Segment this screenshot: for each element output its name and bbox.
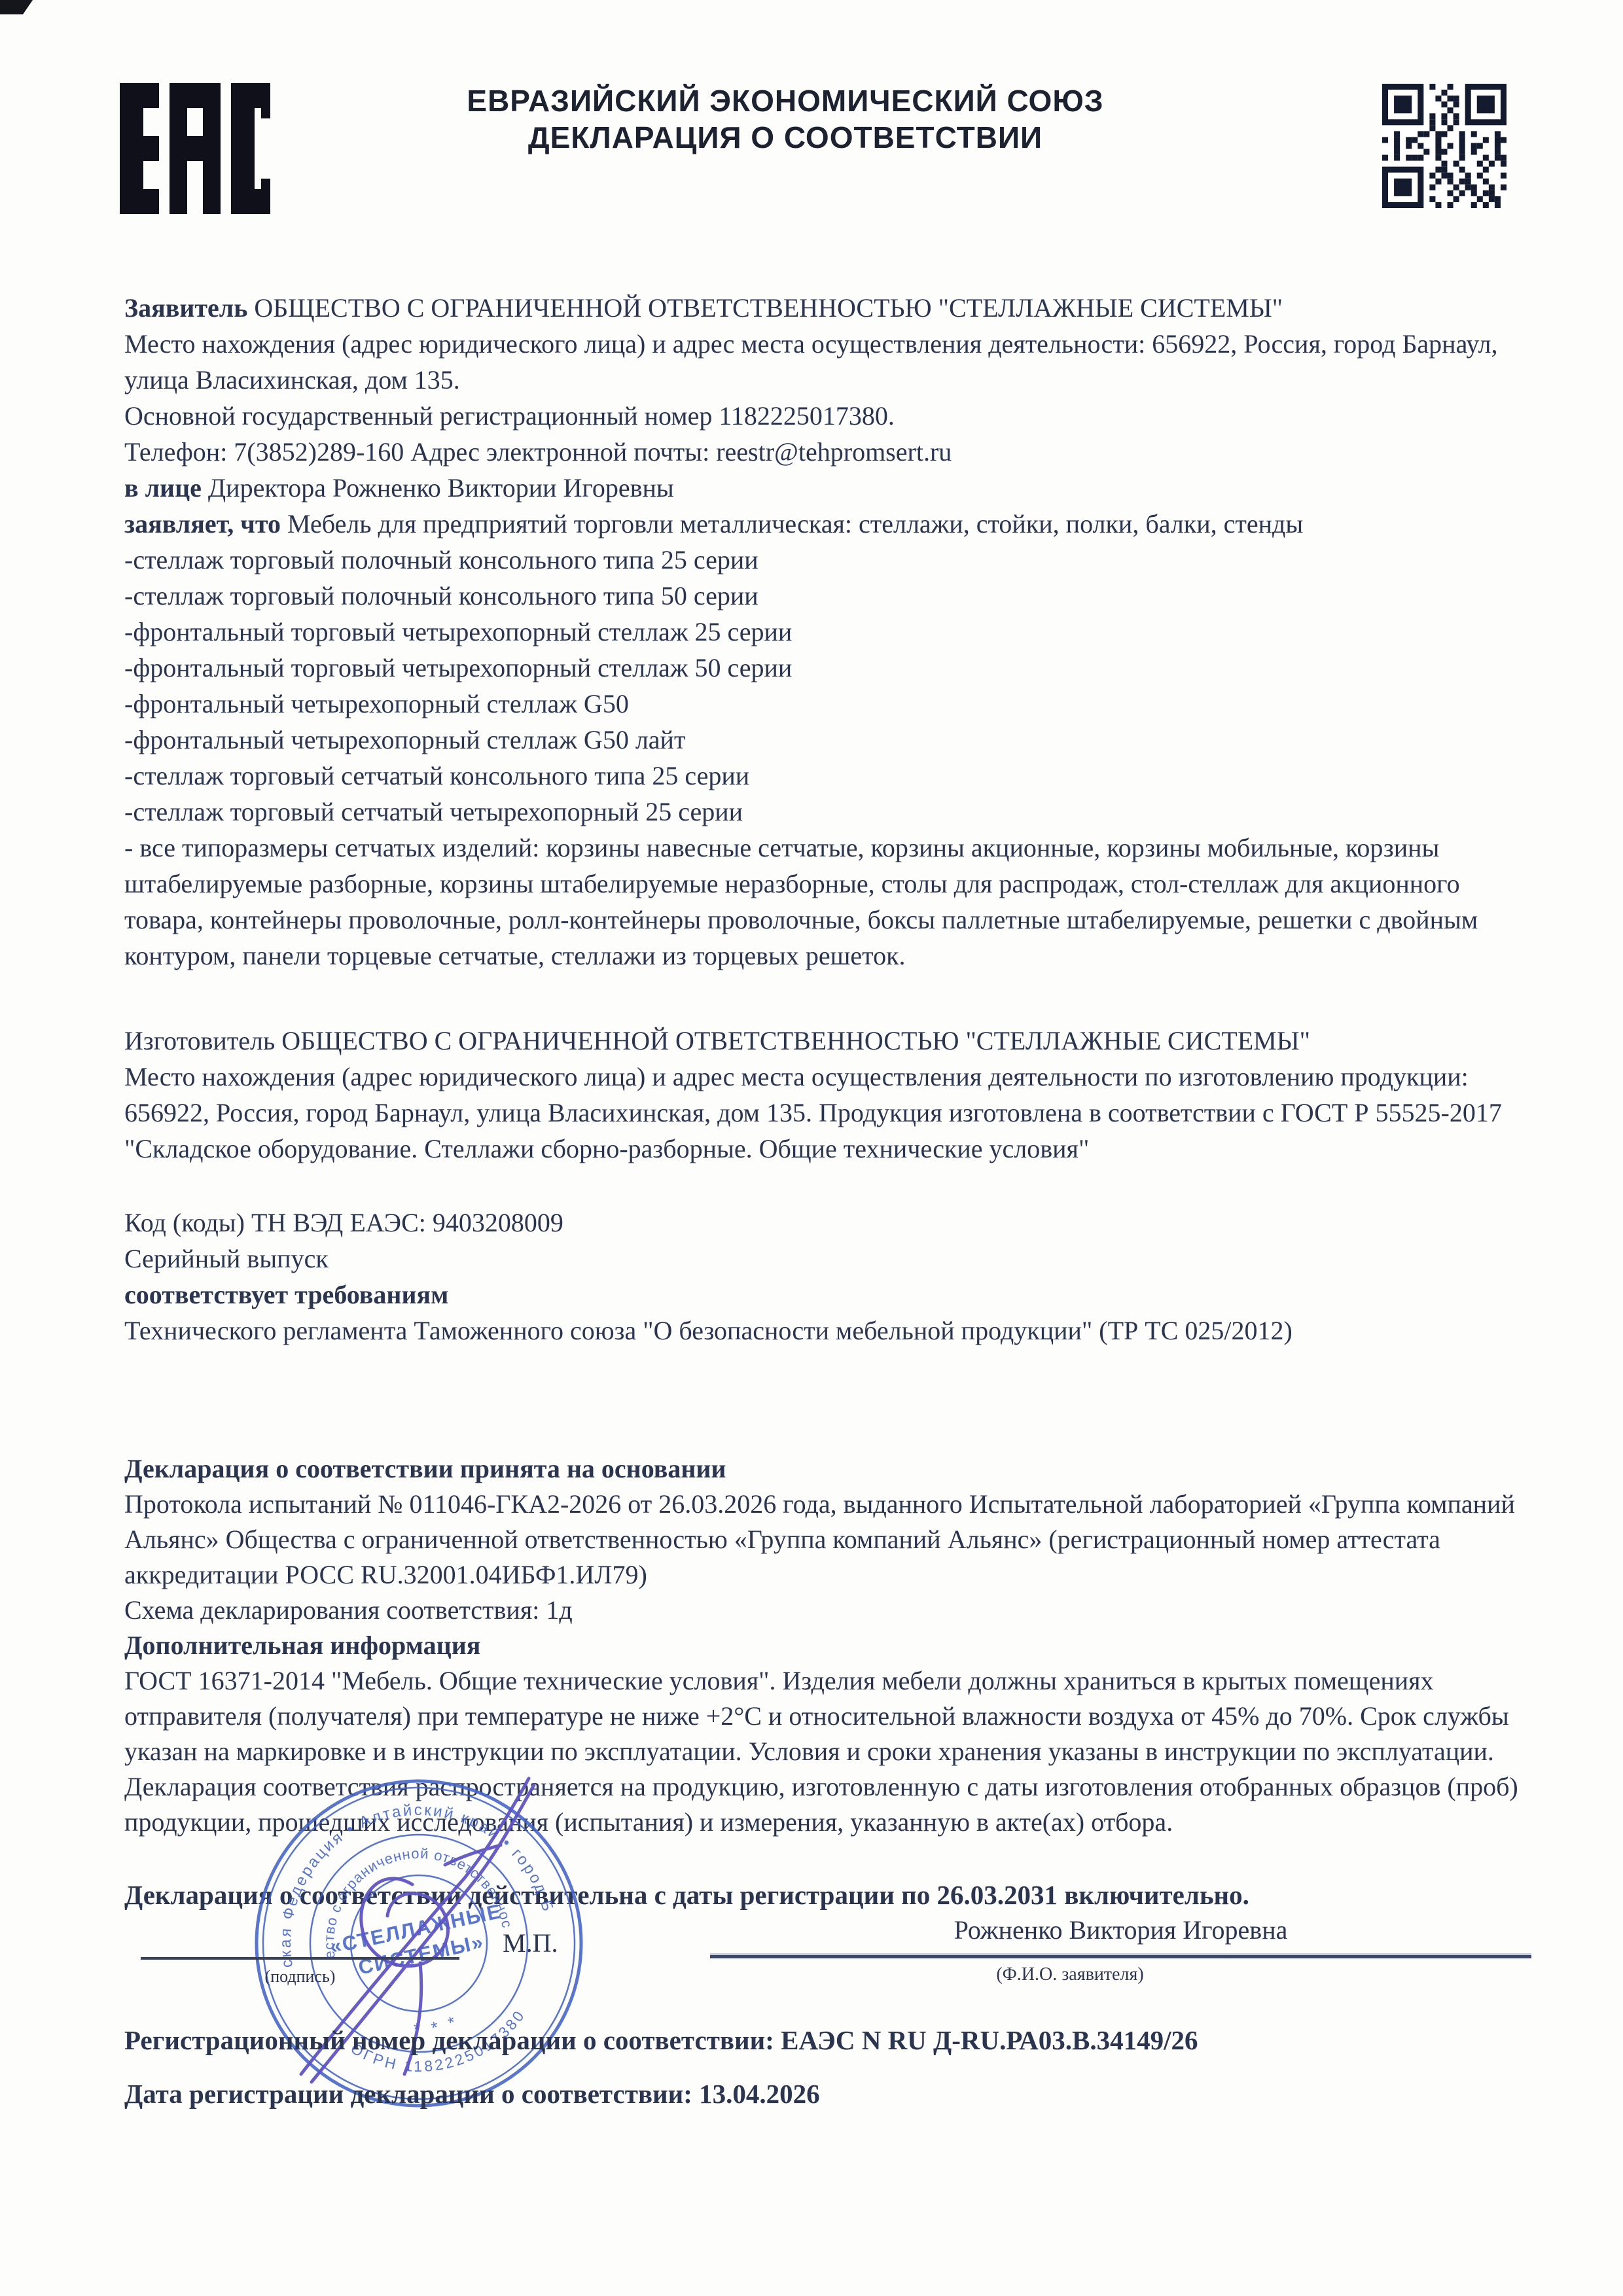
applicant-person: в лице Директора Рожненко Виктории Игоре…	[124, 470, 1531, 506]
registration-date: Дата регистрации декларации о соответств…	[124, 2078, 820, 2110]
basis-scheme: Схема декларирования соответствия: 1д	[124, 1593, 1531, 1628]
title-line-2: ДЕКЛАРАЦИЯ О СООТВЕТСТВИИ	[327, 119, 1243, 156]
applicant-contacts: Телефон: 7(3852)289-160 Адрес электронно…	[124, 434, 1531, 470]
product-list-item: -стеллаж торговый сетчатый четырехопорны…	[124, 794, 1531, 830]
manufacturer-address: Место нахождения (адрес юридического лиц…	[124, 1059, 1531, 1167]
fio-caption: (Ф.И.О. заявителя)	[710, 1964, 1430, 1985]
stamp-place-label: М.П.	[503, 1928, 558, 1958]
manufacturer-label: Изготовитель	[124, 1026, 275, 1055]
declares-paragraph: заявляет, что Мебель для предприятий тор…	[124, 506, 1531, 542]
title-line-1: ЕВРАЗИЙСКИЙ ЭКОНОМИЧЕСКИЙ СОЮЗ	[327, 82, 1243, 119]
eac-logo-icon	[120, 83, 270, 214]
basis-label: Декларация о соответствии принята на осн…	[124, 1451, 1531, 1487]
applicant-label: Заявитель	[124, 293, 247, 323]
issue-type: Серийный выпуск	[124, 1241, 1531, 1277]
product-list-item: -стеллаж торговый сетчатый консольного т…	[124, 758, 1531, 794]
additional-label: Дополнительная информация	[124, 1628, 1531, 1663]
product-list-item: -стеллаж торговый полочный консольного т…	[124, 578, 1531, 614]
document-title: ЕВРАЗИЙСКИЙ ЭКОНОМИЧЕСКИЙ СОЮЗ ДЕКЛАРАЦИ…	[327, 82, 1243, 156]
product-list-item: -фронтальный четырехопорный стеллаж G50 …	[124, 722, 1531, 758]
product-list-item: -фронтальный торговый четырехопорный сте…	[124, 614, 1531, 650]
company-stamp: Российская Федерация • Алтайский край • …	[249, 1767, 615, 2120]
document-body-upper: Заявитель ОБЩЕСТВО С ОГРАНИЧЕННОЙ ОТВЕТС…	[124, 290, 1531, 1349]
scan-corner-artifact	[0, 0, 33, 14]
product-list-item: -фронтальный четырехопорный стеллаж G50	[124, 686, 1531, 722]
signature-line	[141, 1957, 459, 1960]
basis-protocol: Протокола испытаний № 011046-ГКА2-2026 о…	[124, 1487, 1531, 1593]
declares-product: Мебель для предприятий торговли металлич…	[281, 509, 1303, 539]
fio-line	[710, 1955, 1531, 1958]
person-name: Директора Рожненко Виктории Игоревны	[202, 473, 674, 503]
qr-code-icon	[1382, 84, 1507, 208]
registration-number: Регистрационный номер декларации о соотв…	[124, 2024, 1198, 2056]
applicant-paragraph: Заявитель ОБЩЕСТВО С ОГРАНИЧЕННОЙ ОТВЕТС…	[124, 290, 1531, 326]
manufacturer-paragraph: Изготовитель ОБЩЕСТВО С ОГРАНИЧЕННОЙ ОТВ…	[124, 1023, 1531, 1059]
applicant-address: Место нахождения (адрес юридического лиц…	[124, 326, 1531, 398]
person-label: в лице	[124, 473, 202, 503]
tnved-code: Код (коды) ТН ВЭД ЕАЭС: 9403208009	[124, 1205, 1531, 1241]
complies-label: соответствует требованиям	[124, 1277, 1531, 1313]
product-list-item: -стеллаж торговый полочный консольного т…	[124, 542, 1531, 578]
applicant-fio: Рожненко Виктория Игоревна	[710, 1915, 1531, 1945]
product-list-item: - все типоразмеры сетчатых изделий: корз…	[124, 830, 1531, 974]
declares-label: заявляет, что	[124, 509, 281, 539]
applicant-ogrn: Основной государственный регистрационный…	[124, 398, 1531, 434]
manufacturer-name: ОБЩЕСТВО С ОГРАНИЧЕННОЙ ОТВЕТСТВЕННОСТЬЮ…	[275, 1026, 1310, 1055]
signature-caption: (подпись)	[141, 1967, 459, 1987]
applicant-name: ОБЩЕСТВО С ОГРАНИЧЕННОЙ ОТВЕТСТВЕННОСТЬЮ…	[247, 293, 1283, 323]
product-list-item: -фронтальный торговый четырехопорный сте…	[124, 650, 1531, 686]
page: { "colors":{"ink":"#2b3550","title":"#1c…	[0, 0, 1623, 2296]
regulation: Технического регламента Таможенного союз…	[124, 1313, 1531, 1349]
